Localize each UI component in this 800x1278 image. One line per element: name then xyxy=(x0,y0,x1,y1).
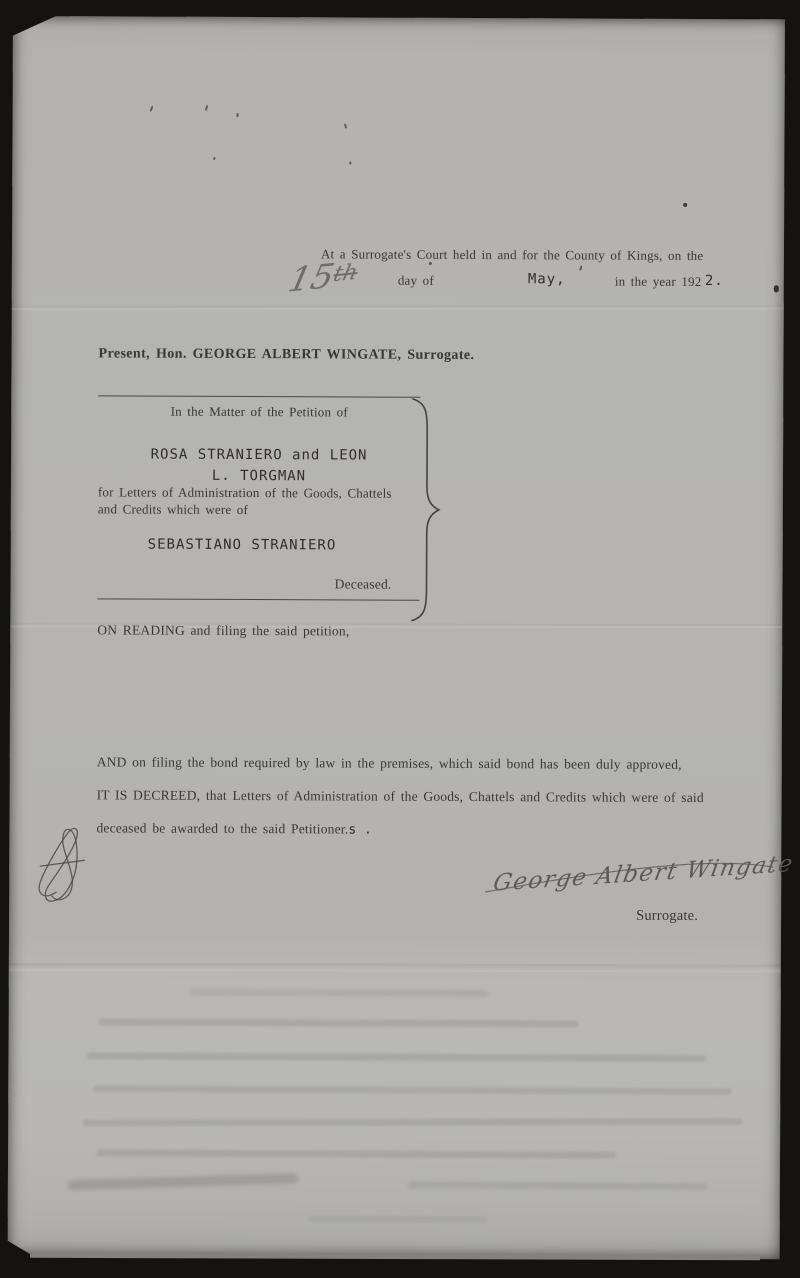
deceased-label: Deceased. xyxy=(335,576,392,592)
bond-clause: AND on filing the bond required by law i… xyxy=(97,754,682,773)
surrogate-title-label: Surrogate. xyxy=(636,908,698,925)
caption-purpose-line1: for Letters of Administration of the Goo… xyxy=(98,484,392,501)
typed-month: May, xyxy=(528,271,566,287)
ink-speck xyxy=(237,113,239,117)
caption-brace-icon xyxy=(409,396,442,624)
paper-corner-clip-top-left xyxy=(10,13,62,37)
decree-clause-line1: IT IS DECREED, that Letters of Administr… xyxy=(97,787,704,806)
year-prefix-label: in the year 192 xyxy=(615,274,702,290)
fold-crease xyxy=(12,305,784,310)
bleedthrough-line xyxy=(86,1052,706,1062)
fold-crease xyxy=(9,963,781,972)
bleedthrough-line xyxy=(99,1018,579,1027)
ink-speck xyxy=(150,105,154,111)
signature-block: George Albert Wingate xyxy=(479,844,779,915)
bleedthrough-line xyxy=(92,1085,732,1095)
presiding-judge-line: Present, Hon. GEORGE ALBERT WINGATE, Sur… xyxy=(98,346,474,364)
typed-year-digit: 2. xyxy=(705,273,724,289)
petitioner-names-line2: L. TORGMAN xyxy=(98,467,420,484)
bleedthrough-line xyxy=(408,1182,708,1190)
handwritten-day: 15th xyxy=(284,254,361,300)
petitioner-names-line1: ROSA STRANIERO and LEON xyxy=(98,446,420,463)
decree-clause-line2-typed-insert: s . xyxy=(348,822,372,837)
ink-speck xyxy=(774,285,779,292)
ink-speck xyxy=(683,203,687,207)
caption-purpose-line2: and Credits which were of xyxy=(98,501,248,518)
court-heading-line: At a Surrogate's Court held in and for t… xyxy=(321,246,703,264)
paper-sheet: At a Surrogate's Court held in and for t… xyxy=(8,16,785,1259)
bleedthrough-line xyxy=(189,989,489,997)
ink-speck xyxy=(579,265,582,270)
decree-clause-line2-print: deceased be awarded to the said Petition… xyxy=(96,820,348,836)
ink-speck xyxy=(205,105,208,111)
ink-speck xyxy=(344,123,348,128)
scanned-document-page: At a Surrogate's Court held in and for t… xyxy=(0,0,800,1278)
decree-clause-line2: deceased be awarded to the said Petition… xyxy=(96,820,371,837)
bleedthrough-line xyxy=(82,1118,742,1127)
ink-speck xyxy=(349,161,351,164)
handwritten-day-number: 15 xyxy=(284,256,337,300)
bleedthrough-handwriting-smudge xyxy=(68,1173,298,1190)
bleedthrough-line xyxy=(96,1149,616,1158)
decedent-name: SEBASTIANO STRANIERO xyxy=(148,537,337,554)
caption-intro: In the Matter of the Petition of xyxy=(98,403,420,420)
bleedthrough-region xyxy=(68,976,759,1269)
margin-monogram-mark xyxy=(26,822,92,908)
ink-speck xyxy=(213,157,215,160)
reading-clause: ON READING and filing the said petition, xyxy=(97,622,349,639)
handwritten-day-suffix: th xyxy=(331,260,360,287)
caption-box: In the Matter of the Petition of ROSA ST… xyxy=(97,395,420,600)
day-of-label: day of xyxy=(398,273,434,289)
bleedthrough-line xyxy=(308,1215,488,1223)
